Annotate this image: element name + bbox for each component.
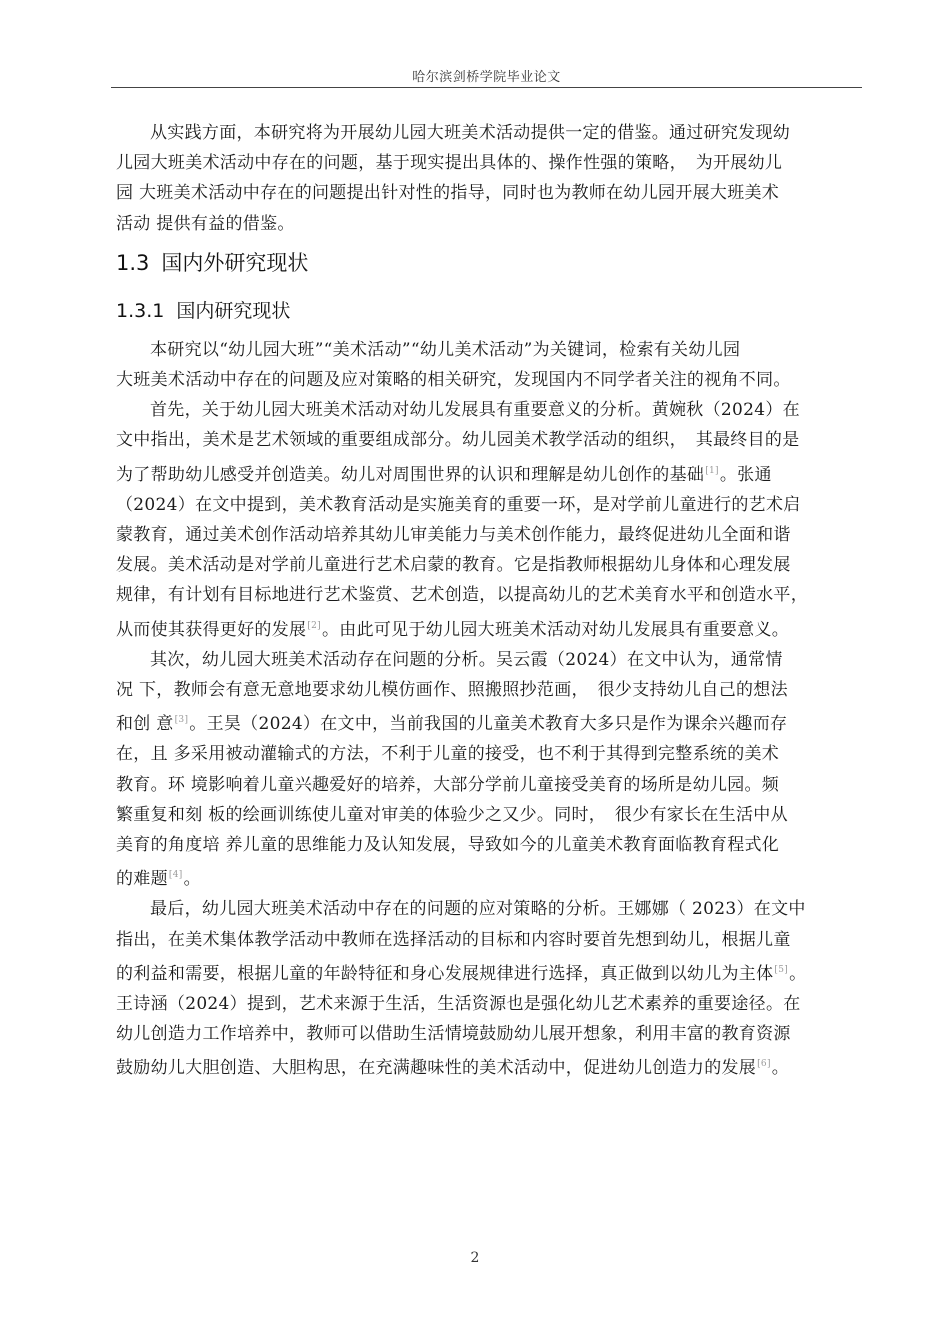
text-segment: 的难题 [116, 869, 168, 889]
paragraph-second: 其次，幼儿园大班美术活动存在问题的分析。吴云霞（2024）在文中认为，通常情 况… [116, 645, 866, 895]
paragraph-practice: 从实践方面，本研究将为开展幼儿园大班美术活动提供一定的借鉴。通过研究发现幼 儿园… [116, 118, 866, 239]
subsection-number: 1.3.1 [116, 289, 164, 333]
text-line: 美育的角度培 养儿童的思维能力及认知发展，导致如今的儿童美术教育面临教育程式化 [116, 830, 866, 860]
document-page: 哈尔滨剑桥学院毕业论文 从实践方面，本研究将为开展幼儿园大班美术活动提供一定的借… [0, 0, 950, 1344]
citation-5[interactable]: [5] [774, 965, 788, 975]
citation-6[interactable]: [6] [757, 1059, 771, 1069]
subsection-heading: 1.3.1国内研究现状 [116, 289, 866, 335]
body-text: 从实践方面，本研究将为开展幼儿园大班美术活动提供一定的借鉴。通过研究发现幼 儿园… [116, 118, 866, 1084]
paragraph-first: 首先，关于幼儿园大班美术活动对幼儿发展具有重要意义的分析。黄婉秋（2024）在 … [116, 395, 866, 645]
text-line: 从而使其获得更好的发展[2]。由此可见于幼儿园大班美术活动对幼儿发展具有重要意义… [116, 611, 866, 645]
page-number: 2 [0, 1250, 950, 1266]
text-segment: 。王昊（2024）在文中，当前我国的儿童美术教育大多只是作为课余兴趣而存 [189, 714, 787, 734]
text-line: 儿园大班美术活动中存在的问题，基于现实提出具体的、操作性强的策略， 为开展幼儿 [116, 148, 866, 178]
text-line: 的利益和需要，根据儿童的年龄特征和身心发展规律进行选择，真正做到以幼儿为主体[5… [116, 955, 866, 989]
citation-3[interactable]: [3] [175, 715, 189, 725]
text-segment: 和创 意 [116, 714, 174, 734]
text-line: 大班美术活动中存在的问题及应对策略的相关研究，发现国内不同学者关注的视角不同。 [116, 365, 866, 395]
text-line: 规律，有计划有目标地进行艺术鉴赏、艺术创造，以提高幼儿的艺术美育水平和创造水平， [116, 580, 866, 610]
text-line: 活动 提供有益的借鉴。 [116, 209, 866, 239]
text-line: 发展。美术活动是对学前儿童进行艺术启蒙的教育。它是指教师根据幼儿身体和心理发展 [116, 550, 866, 580]
text-segment: 。 [789, 964, 806, 984]
section-heading: 1.3国内外研究现状 [116, 239, 866, 289]
text-segment: 为了帮助幼儿感受并创造美。幼儿对周围世界的认识和理解是幼儿创作的基础 [116, 465, 704, 485]
text-line: 和创 意[3]。王昊（2024）在文中，当前我国的儿童美术教育大多只是作为课余兴… [116, 705, 866, 739]
text-line: 王诗涵（2024）提到，艺术来源于生活，生活资源也是强化幼儿艺术素养的重要途径。… [116, 989, 866, 1019]
text-line: 的难题[4]。 [116, 860, 866, 894]
text-segment: 。由此可见于幼儿园大班美术活动对幼儿发展具有重要意义。 [322, 620, 789, 640]
text-line: 最后，幼儿园大班美术活动中存在的问题的应对策略的分析。王娜娜（ 2023）在文中 [116, 894, 866, 924]
text-line: 从实践方面，本研究将为开展幼儿园大班美术活动提供一定的借鉴。通过研究发现幼 [116, 118, 866, 148]
text-line: 首先，关于幼儿园大班美术活动对幼儿发展具有重要意义的分析。黄婉秋（2024）在 [116, 395, 866, 425]
text-segment: 的利益和需要，根据儿童的年龄特征和身心发展规律进行选择，真正做到以幼儿为主体 [116, 964, 773, 984]
citation-2[interactable]: [2] [307, 621, 321, 631]
text-line: 为了帮助幼儿感受并创造美。幼儿对周围世界的认识和理解是幼儿创作的基础[1]。张通 [116, 456, 866, 490]
text-line: 本研究以“幼儿园大班”“美术活动”“幼儿美术活动”为关键词，检索有关幼儿园 [116, 335, 866, 365]
running-header: 哈尔滨剑桥学院毕业论文 [111, 66, 862, 85]
text-line: 况 下，教师会有意无意地要求幼儿模仿画作、照搬照抄范画， 很少支持幼儿自己的想法 [116, 675, 866, 705]
paragraph-last: 最后，幼儿园大班美术活动中存在的问题的应对策略的分析。王娜娜（ 2023）在文中… [116, 894, 866, 1083]
text-line: 幼儿创造力工作培养中，教师可以借助生活情境鼓励幼儿展开想象，利用丰富的教育资源 [116, 1019, 866, 1049]
text-line: 文中指出，美术是艺术领域的重要组成部分。幼儿园美术教学活动的组织， 其最终目的是 [116, 425, 866, 455]
text-segment: 。 [772, 1058, 789, 1078]
paragraph-intro: 本研究以“幼儿园大班”“美术活动”“幼儿美术活动”为关键词，检索有关幼儿园 大班… [116, 335, 866, 395]
header-divider [111, 87, 862, 88]
subsection-title: 国内研究现状 [176, 300, 290, 322]
text-line: 繁重复和刻 板的绘画训练使儿童对审美的体验少之又少。同时， 很少有家长在生活中从 [116, 800, 866, 830]
text-line: 园 大班美术活动中存在的问题提出针对性的指导，同时也为教师在幼儿园开展大班美术 [116, 178, 866, 208]
text-segment: 。 [184, 869, 201, 889]
text-segment: 从而使其获得更好的发展 [116, 620, 306, 640]
citation-4[interactable]: [4] [169, 870, 183, 880]
citation-1[interactable]: [1] [705, 466, 719, 476]
text-line: 其次，幼儿园大班美术活动存在问题的分析。吴云霞（2024）在文中认为，通常情 [116, 645, 866, 675]
section-number: 1.3 [116, 239, 149, 287]
text-line: （2024）在文中提到，美术教育活动是实施美育的重要一环，是对学前儿童进行的艺术… [116, 490, 866, 520]
section-title: 国内外研究现状 [161, 251, 308, 275]
text-line: 在，且 多采用被动灌输式的方法，不利于儿童的接受，也不利于其得到完整系统的美术 [116, 739, 866, 769]
text-line: 教育。环 境影响着儿童兴趣爱好的培养，大部分学前儿童接受美育的场所是幼儿园。频 [116, 770, 866, 800]
text-line: 蒙教育，通过美术创作活动培养其幼儿审美能力与美术创作能力，最终促进幼儿全面和谐 [116, 520, 866, 550]
text-line: 鼓励幼儿大胆创造、大胆构思，在充满趣味性的美术活动中，促进幼儿创造力的发展[6]… [116, 1049, 866, 1083]
text-line: 指出，在美术集体教学活动中教师在选择活动的目标和内容时要首先想到幼儿，根据儿童 [116, 925, 866, 955]
text-segment: 鼓励幼儿大胆创造、大胆构思，在充满趣味性的美术活动中，促进幼儿创造力的发展 [116, 1058, 756, 1078]
text-segment: 。张通 [720, 465, 772, 485]
